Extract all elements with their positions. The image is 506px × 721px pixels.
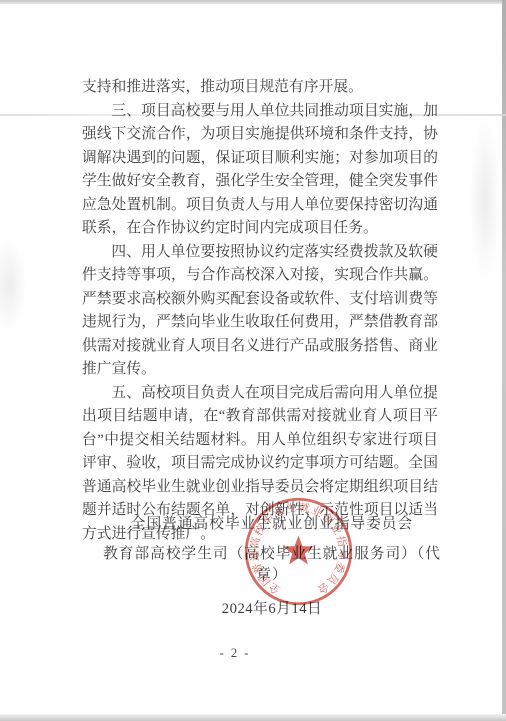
scan-edge-top [0, 0, 506, 4]
scan-edge-right [502, 0, 506, 721]
scan-smudge [470, 120, 500, 280]
signature-block: 全国普通高校毕业生就业创业指导委员会 教育部高校学生司（高校毕业生就业服务司）（… [92, 512, 452, 618]
signature-date: 2024年6月14日 [92, 597, 452, 618]
signing-organization-2: 教育部高校学生司（高校毕业生就业服务司）（代章） [92, 542, 452, 584]
paragraph-continuation: 支持和推进落实，推动项目规范有序开展。 [82, 76, 438, 100]
page-number: - 2 - [0, 646, 470, 661]
signing-organization-1: 全国普通高校毕业生就业创业指导委员会 [92, 512, 452, 533]
scan-smudge [0, 240, 26, 330]
paragraph-item-4: 四、用人单位要按照协议约定落实经费拨款及软硬件支持等事项，与合作高校深入对接，实… [82, 241, 438, 382]
paragraph-item-3: 三、项目高校要与用人单位共同推动项目实施，加强线下交流合作，为项目实施提供环境和… [82, 100, 438, 241]
document-body: 支持和推进落实，推动项目规范有序开展。 三、项目高校要与用人单位共同推动项目实施… [82, 76, 438, 546]
scanned-document-page: 支持和推进落实，推动项目规范有序开展。 三、项目高校要与用人单位共同推动项目实施… [0, 0, 506, 721]
scan-edge-bottom [0, 714, 506, 721]
